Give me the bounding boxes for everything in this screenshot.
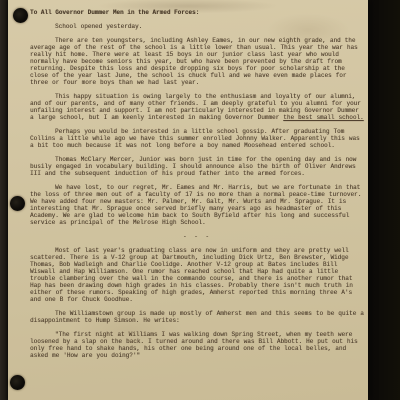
- letter-paragraph: School opened yesterday.: [30, 23, 364, 30]
- paragraph-text: "The first night at Williams I was walki…: [30, 331, 358, 359]
- section-divider: - - -: [30, 233, 364, 240]
- letter-paragraph: We have lost, to our regret, Mr. Eames a…: [30, 184, 364, 226]
- paragraph-text: We have lost, to our regret, Mr. Eames a…: [30, 184, 361, 226]
- letter-paragraph: "The first night at Williams I was walki…: [30, 331, 364, 359]
- letter-paragraph: Thomas McClary Mercer, Junior was born j…: [30, 156, 364, 177]
- paragraph-text: Most of last year's graduating class are…: [30, 247, 353, 303]
- paragraph-text: Thomas McClary Mercer, Junior was born j…: [30, 156, 356, 177]
- hole-punch-top: [13, 8, 28, 23]
- hole-punch-middle: [10, 196, 25, 211]
- letter-paragraph: Most of last year's graduating class are…: [30, 247, 364, 303]
- hole-punch-bottom: [10, 375, 25, 390]
- letter-paragraph: The Williamstown group is made up mostly…: [30, 310, 364, 324]
- letter-paragraph: Perhaps you would be interested in a lit…: [30, 128, 364, 149]
- paragraph-text: School opened yesterday.: [55, 23, 142, 30]
- letter-content: To All Governor Dummer Men in the Armed …: [30, 9, 364, 366]
- letter-page: To All Governor Dummer Men in the Armed …: [8, 0, 368, 400]
- letter-body: School opened yesterday.There are ten yo…: [30, 23, 364, 359]
- letter-paragraph: There are ten youngsters, including Ashl…: [30, 37, 364, 86]
- paragraph-text: The Williamstown group is made up mostly…: [30, 310, 364, 324]
- letter-salutation: To All Governor Dummer Men in the Armed …: [30, 9, 364, 16]
- photo-background: To All Governor Dummer Men in the Armed …: [0, 0, 400, 400]
- underlined-phrase: the best small school.: [283, 114, 363, 121]
- paragraph-text: There are ten youngsters, including Ashl…: [30, 37, 358, 86]
- paragraph-text: Perhaps you would be interested in a lit…: [30, 128, 360, 149]
- letter-paragraph: This happy situation is owing largely to…: [30, 93, 364, 121]
